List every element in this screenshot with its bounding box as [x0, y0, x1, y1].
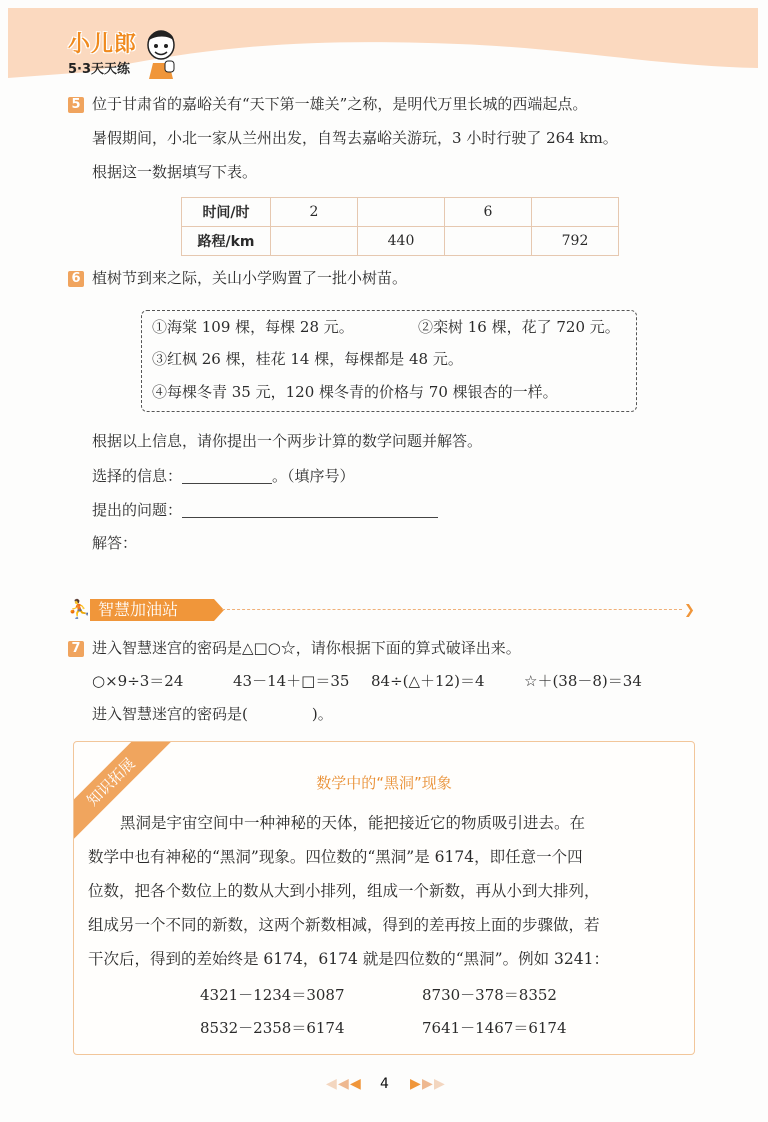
q5-line-3: 根据这一数据填写下表。	[92, 165, 257, 180]
select-label: 选择的信息：	[92, 467, 182, 485]
paragraph-line: 组成另一个不同的新数，这两个新数相减，得到的差再按上面的步骤做，若	[88, 918, 600, 933]
table-cell[interactable]: 792	[532, 227, 619, 256]
q7-equation-2: 43－14＋□＝35	[233, 674, 349, 689]
paragraph-line: 位数，把各个数位上的数从大到小排列，组成一个新数，再从小到大排列，	[88, 884, 600, 899]
answer-prefix: 进入智慧迷宫的密码是(	[92, 705, 248, 723]
q7-answer-row: 进入智慧迷宫的密码是()。	[92, 707, 333, 722]
q6-text: 植树节到来之际，关山小学购置了一批小树苗。	[92, 269, 407, 287]
table-cell[interactable]	[445, 227, 532, 256]
page-number: 4	[380, 1076, 389, 1092]
section-divider	[222, 609, 682, 610]
table-cell[interactable]: 440	[358, 227, 445, 256]
brand-title: 小儿郎	[68, 34, 137, 56]
mascot-icon	[143, 27, 179, 83]
question-answer-blank[interactable]	[182, 502, 438, 518]
info-item-2: ②栾树 16 棵，花了 720 元。	[418, 320, 620, 335]
triangle-right-icon: ▶	[434, 1076, 445, 1092]
select-suffix: 。（填序号）	[272, 467, 355, 485]
brand-logo: 小儿郎 5·3天天练	[68, 34, 137, 77]
table-cell[interactable]	[358, 198, 445, 227]
tag-arrow-icon	[214, 599, 224, 621]
q7-intro: 7进入智慧迷宫的密码是△□○☆，请你根据下面的算式破译出来。	[68, 641, 521, 657]
example-equation: 7641－1467＝6174	[422, 1017, 567, 1038]
q6-prompt: 根据以上信息，请你提出一个两步计算的数学问题并解答。	[92, 434, 482, 449]
triangle-left-icon: ◀	[338, 1076, 349, 1092]
question-number-badge: 7	[68, 641, 84, 657]
question-number-badge: 6	[68, 271, 84, 287]
answer-suffix: )。	[312, 705, 333, 723]
info-item-1: ①海棠 109 棵，每棵 28 元。	[152, 320, 354, 335]
chevron-right-icon: ❯	[684, 603, 695, 618]
question-number-badge: 5	[68, 97, 84, 113]
q6-select-row: 选择的信息：。（填序号）	[92, 468, 355, 484]
triangle-left-icon: ◀	[350, 1076, 361, 1092]
section-title: 智慧加油站	[90, 599, 214, 621]
table-row: 路程/km 440 792	[182, 227, 619, 256]
q7-text: 进入智慧迷宫的密码是△□○☆，请你根据下面的算式破译出来。	[92, 639, 521, 657]
example-equation: 4321－1234＝3087	[200, 984, 345, 1005]
table-cell[interactable]	[532, 198, 619, 227]
table-cell[interactable]: 2	[271, 198, 358, 227]
q5-line-1: 5位于甘肃省的嘉峪关有“天下第一雄关”之称，是明代万里长城的西端起点。	[68, 97, 587, 113]
row-header: 时间/时	[182, 198, 271, 227]
q6-intro: 6植树节到来之际，关山小学购置了一批小树苗。	[68, 271, 407, 287]
q7-equation-3: 84÷(△＋12)＝4	[371, 674, 485, 689]
triangle-right-icon: ▶	[422, 1076, 433, 1092]
row-header: 路程/km	[182, 227, 271, 256]
example-equation: 8532－2358＝6174	[200, 1017, 345, 1038]
paragraph-line: 数学中也有神秘的“黑洞”现象。四位数的“黑洞”是 6174，即任意一个四	[88, 850, 583, 865]
speed-table: 时间/时 2 6 路程/km 440 792	[181, 197, 619, 256]
info-item-4: ④每棵冬青 35 元，120 棵冬青的价格与 70 棵银杏的一样。	[152, 385, 558, 400]
q6-question-row: 提出的问题：	[92, 502, 438, 518]
table-cell[interactable]: 6	[445, 198, 532, 227]
paragraph-line: 干次后，得到的差始终是 6174，6174 就是四位数的“黑洞”。例如 3241…	[88, 952, 609, 967]
q5-text: 位于甘肃省的嘉峪关有“天下第一雄关”之称，是明代万里长城的西端起点。	[92, 95, 587, 113]
select-answer-blank[interactable]	[182, 468, 272, 484]
question-label: 提出的问题：	[92, 501, 182, 519]
q6-answer-label: 解答：	[92, 536, 137, 551]
q7-equation-4: ☆＋(38－8)＝34	[524, 674, 642, 689]
triangle-left-icon: ◀	[326, 1076, 337, 1092]
triangle-right-icon: ▶	[410, 1076, 421, 1092]
table-row: 时间/时 2 6	[182, 198, 619, 227]
brand-subtitle: 5·3天天练	[68, 58, 137, 77]
q7-equation-1: ○×9÷3＝24	[92, 674, 183, 689]
runner-icon: ⛹	[68, 599, 90, 620]
q5-line-2: 暑假期间，小北一家从兰州出发，自驾去嘉峪关游玩，3 小时行驶了 264 km。	[92, 131, 618, 146]
info-item-3: ③红枫 26 棵，桂花 14 棵，每棵都是 48 元。	[152, 352, 463, 367]
paragraph-line: 黑洞是宇宙空间中一种神秘的天体，能把接近它的物质吸引进去。在	[120, 816, 585, 831]
knowledge-title: 数学中的“黑洞”现象	[74, 772, 694, 793]
knowledge-extension-box: 知识拓展 数学中的“黑洞”现象 黑洞是宇宙空间中一种神秘的天体，能把接近它的物质…	[73, 741, 695, 1055]
table-cell[interactable]	[271, 227, 358, 256]
example-equation: 8730－378＝8352	[422, 984, 557, 1005]
